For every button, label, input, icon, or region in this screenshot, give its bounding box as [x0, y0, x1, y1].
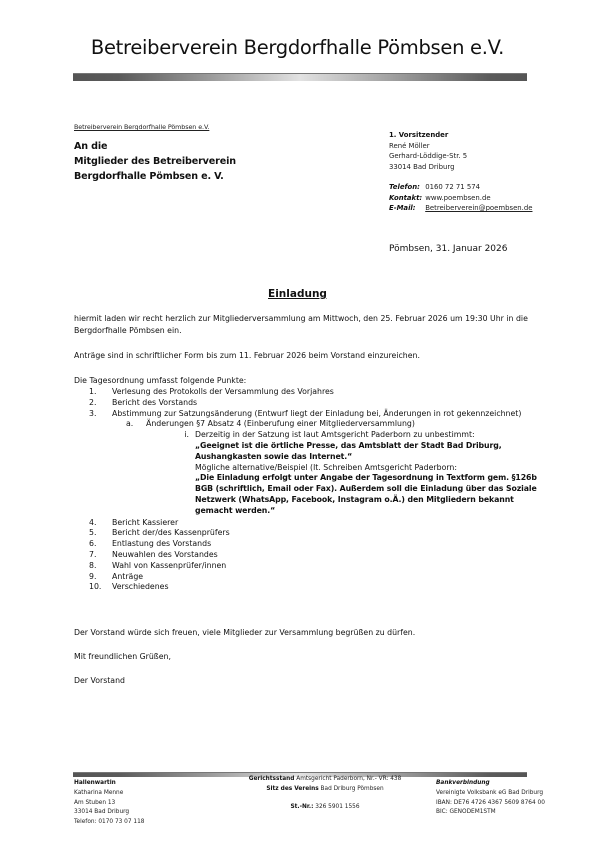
current-rule-quote: „Geeignet ist die örtliche Presse, das A…	[195, 441, 544, 463]
agenda-item-number: 10.	[74, 582, 104, 593]
agenda-item-text: Neuwahlen des Vorstandes	[104, 550, 544, 561]
agenda-list: 1.Verlesung des Protokolls der Versammlu…	[74, 387, 544, 593]
phone-value: 0160 72 71 574	[425, 183, 480, 191]
caretaker-phone: Telefon: 0170 73 07 118	[74, 818, 144, 828]
agenda-item-text: Verlesung des Protokolls der Versammlung…	[104, 387, 544, 398]
agenda-item-text: Wahl von Kassenprüfer/innen	[104, 561, 544, 572]
court-value: Amtsgericht Paderborn, Nr.- VR: 438	[296, 776, 401, 782]
court-label: Gerichtsstand	[249, 776, 295, 782]
closing-greeting: Mit freundlichen Grüßen,	[74, 652, 171, 661]
caretaker-street: Am Stuben 13	[74, 799, 144, 809]
agenda-item: 5.Bericht der/des Kassenprüfers	[74, 528, 544, 539]
subitem-number: a.	[126, 419, 146, 430]
agenda-item: 4.Bericht Kassierer	[74, 518, 544, 529]
bank-bic: BIC: GENODEM1STM	[436, 808, 545, 818]
agenda-item: 7.Neuwahlen des Vorstandes	[74, 550, 544, 561]
agenda-intro: Die Tagesordnung umfasst folgende Punkte…	[74, 375, 534, 387]
contact-phone-row: Telefon: 0160 72 71 574	[389, 182, 532, 193]
agenda-item-number: 1.	[74, 387, 104, 398]
bank-name: Vereinigte Volksbank eG Bad Driburg	[436, 789, 545, 799]
subitem-number: i.	[177, 430, 195, 516]
sender-return-line: Betreiberverein Bergdorfhalle Pömbsen e.…	[74, 123, 209, 131]
agenda-item-number: 2.	[74, 398, 104, 409]
agenda-item-number: 7.	[74, 550, 104, 561]
agenda-item-number: 6.	[74, 539, 104, 550]
date-line: Pömbsen, 31. Januar 2026	[389, 244, 507, 254]
agenda-item-number: 3.	[74, 409, 104, 420]
contact-web-row: Kontakt: www.poembsen.de	[389, 193, 532, 204]
footer-legal: Gerichtsstand Amtsgericht Paderborn, Nr.…	[220, 775, 430, 812]
agenda-item-text: Bericht der/des Kassenprüfers	[104, 528, 544, 539]
email-link[interactable]: Betreiberverein@poembsen.de	[425, 204, 532, 212]
agenda-item: 3.Abstimmung zur Satzungsänderung (Entwu…	[74, 409, 544, 420]
agenda-subitem-a: a. Änderungen §7 Absatz 4 (Einberufung e…	[74, 419, 544, 430]
agenda-item-number: 4.	[74, 518, 104, 529]
closing-sentence: Der Vorstand würde sich freuen, viele Mi…	[74, 628, 415, 637]
agenda-item-number: 9.	[74, 572, 104, 583]
tax-label: St.-Nr.:	[290, 804, 313, 810]
agenda-item: 10.Verschiedenes	[74, 582, 544, 593]
agenda-item-text: Bericht des Vorstands	[104, 398, 544, 409]
seat-value: Bad Driburg Pömbsen	[321, 786, 384, 792]
letterhead-title: Betreiberverein Bergdorfhalle Pömbsen e.…	[0, 36, 595, 59]
web-link[interactable]: www.poembsen.de	[425, 194, 490, 202]
contact-block: 1. Vorsitzender René Möller Gerhard-Lödd…	[389, 130, 532, 214]
letter-heading: Einladung	[0, 288, 595, 300]
contact-street: Gerhard-Löddige-Str. 5	[389, 151, 532, 162]
agenda-item-number: 5.	[74, 528, 104, 539]
contact-city: 33014 Bad Driburg	[389, 162, 532, 173]
alternative-rule-label: Mögliche alternative/Beispiel (lt. Schre…	[195, 463, 544, 474]
agenda-item: 9.Anträge	[74, 572, 544, 583]
email-label: E-Mail:	[389, 203, 423, 214]
agenda-item-text: Bericht Kassierer	[104, 518, 544, 529]
recipient-line: Mitglieder des Betreiberverein	[74, 154, 236, 169]
contact-email-row: E-Mail: Betreiberverein@poembsen.de	[389, 203, 532, 214]
recipient-line: Bergdorfhalle Pömbsen e. V.	[74, 169, 236, 184]
recipient-address: An die Mitglieder des Betreiberverein Be…	[74, 139, 236, 184]
footer-bank: Bankverbindung Vereinigte Volksbank eG B…	[436, 779, 545, 818]
header-divider	[73, 73, 527, 81]
contact-role: 1. Vorsitzender	[389, 130, 532, 141]
intro-paragraph: hiermit laden wir recht herzlich zur Mit…	[74, 313, 534, 337]
agenda-item-text: Abstimmung zur Satzungsänderung (Entwurf…	[104, 409, 544, 420]
agenda-item: 1.Verlesung des Protokolls der Versammlu…	[74, 387, 544, 398]
subitem-text: Änderungen §7 Absatz 4 (Einberufung eine…	[146, 419, 415, 430]
current-rule-label: Derzeitig in der Satzung ist laut Amtsge…	[195, 430, 544, 441]
deadline-paragraph: Anträge sind in schriftlicher Form bis z…	[74, 350, 534, 362]
agenda-item-text: Verschiedenes	[104, 582, 544, 593]
agenda-item-text: Entlastung des Vorstands	[104, 539, 544, 550]
agenda-subitem-i: i. Derzeitig in der Satzung ist laut Amt…	[74, 430, 544, 516]
agenda-item: 8.Wahl von Kassenprüfer/innen	[74, 561, 544, 572]
caretaker-name: Katharina Menne	[74, 789, 144, 799]
agenda-item-text: Anträge	[104, 572, 544, 583]
web-label: Kontakt:	[389, 193, 423, 204]
alternative-rule-quote: „Die Einladung erfolgt unter Angabe der …	[195, 473, 544, 516]
caretaker-city: 33014 Bad Driburg	[74, 808, 144, 818]
bank-iban: IBAN: DE76 4726 4367 5609 8764 00	[436, 799, 545, 809]
tax-value: 326 5901 1556	[315, 804, 359, 810]
footer-caretaker: Hallenwartin Katharina Menne Am Stuben 1…	[74, 779, 144, 828]
agenda-item: 2.Bericht des Vorstands	[74, 398, 544, 409]
agenda-item-number: 8.	[74, 561, 104, 572]
recipient-line: An die	[74, 139, 236, 154]
agenda-item: 6.Entlastung des Vorstands	[74, 539, 544, 550]
contact-name: René Möller	[389, 141, 532, 152]
phone-label: Telefon:	[389, 182, 423, 193]
seat-label: Sitz des Vereins	[266, 786, 318, 792]
signature: Der Vorstand	[74, 676, 125, 685]
bank-title: Bankverbindung	[436, 779, 545, 789]
caretaker-title: Hallenwartin	[74, 780, 116, 786]
